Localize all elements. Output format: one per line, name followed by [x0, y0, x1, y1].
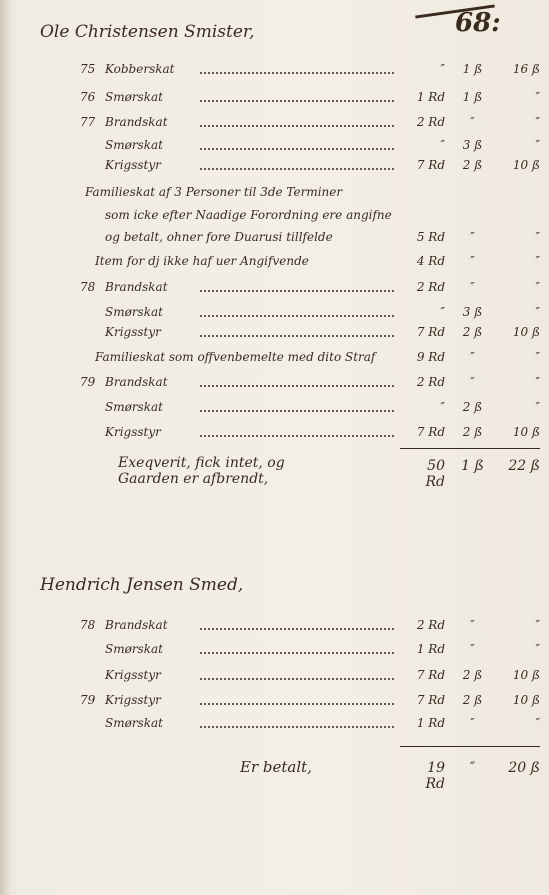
total-mark: ″ — [455, 760, 490, 776]
total-skilling: 22 ß — [500, 458, 540, 474]
row-label: Familieskat af 3 Personer til 3de Termin… — [85, 185, 342, 199]
row-label: Smørskat — [105, 400, 163, 414]
skilling: ″ — [500, 305, 540, 319]
ledger-row: Smørskat1 Rd″″ — [0, 716, 549, 736]
row-label: Brandskat — [105, 115, 168, 129]
row-label: og betalt, ohner fore Duarusi tillfelde — [105, 230, 333, 244]
ledger-row: Smørskat1 Rd″″ — [0, 642, 549, 662]
skilling: 10 ß — [500, 158, 540, 172]
skilling: ″ — [500, 90, 540, 104]
rigsdaler: 7 Rd — [405, 158, 445, 172]
mark: 3 ß — [455, 305, 490, 319]
leader-dots — [200, 290, 394, 292]
rigsdaler: 9 Rd — [405, 350, 445, 364]
leader-dots — [200, 125, 394, 127]
rigsdaler: 2 Rd — [405, 115, 445, 129]
ledger-row: Smørskat″3 ß″ — [0, 138, 549, 158]
sum-rule — [400, 746, 540, 747]
ledger-row: Smørskat″3 ß″ — [0, 305, 549, 325]
rigsdaler: 1 Rd — [405, 90, 445, 104]
ledger-row: Familieskat af 3 Personer til 3de Termin… — [0, 185, 549, 205]
ledger-row: 76Smørskat1 Rd1 ß″ — [0, 90, 549, 110]
mark: ″ — [455, 280, 490, 294]
row-label: Familieskat som offvenbemelte med dito S… — [95, 350, 375, 364]
ledger-row: Familieskat som offvenbemelte med dito S… — [0, 350, 549, 370]
ledger-row: 79Krigsstyr7 Rd2 ß10 ß — [0, 693, 549, 713]
section-1-header: Ole Christensen Smister, — [40, 22, 255, 42]
mark: 2 ß — [455, 425, 490, 439]
total-rigsdaler: 19 Rd — [405, 760, 445, 792]
mark: 2 ß — [455, 668, 490, 682]
rigsdaler: 4 Rd — [405, 254, 445, 268]
mark: 1 ß — [455, 62, 490, 76]
ledger-row: 77Brandskat2 Rd″″ — [0, 115, 549, 135]
row-label: Krigsstyr — [105, 325, 161, 339]
rigsdaler: ″ — [405, 305, 445, 319]
mark: ″ — [455, 230, 490, 244]
rigsdaler: ″ — [405, 62, 445, 76]
rigsdaler: 1 Rd — [405, 642, 445, 656]
rigsdaler: 2 Rd — [405, 375, 445, 389]
mark: 2 ß — [455, 325, 490, 339]
rigsdaler: ″ — [405, 400, 445, 414]
mark: 3 ß — [455, 138, 490, 152]
mark: ″ — [455, 375, 490, 389]
total-mark: 1 ß — [455, 458, 490, 474]
section-2-header: Hendrich Jensen Smed, — [40, 575, 243, 595]
ledger-row: Krigsstyr7 Rd2 ß10 ß — [0, 425, 549, 445]
skilling: ″ — [500, 254, 540, 268]
row-label: Smørskat — [105, 90, 163, 104]
leader-dots — [200, 335, 394, 337]
skilling: 10 ß — [500, 325, 540, 339]
row-label: Krigsstyr — [105, 693, 161, 707]
row-label: Kobberskat — [105, 62, 174, 76]
row-number: 75 — [80, 62, 95, 76]
sum-rule — [400, 448, 540, 449]
leader-dots — [200, 628, 394, 630]
ledger-row: 78Brandskat2 Rd″″ — [0, 280, 549, 300]
skilling: 10 ß — [500, 425, 540, 439]
ledger-row: og betalt, ohner fore Duarusi tillfelde5… — [0, 230, 549, 250]
leader-dots — [200, 652, 394, 654]
mark: 2 ß — [455, 400, 490, 414]
row-number: 78 — [80, 280, 95, 294]
ledger-row: som icke efter Naadige Forordning ere an… — [0, 208, 549, 228]
row-label: Krigsstyr — [105, 668, 161, 682]
leader-dots — [200, 726, 394, 728]
leader-dots — [200, 315, 394, 317]
row-label: Smørskat — [105, 642, 163, 656]
mark: ″ — [455, 254, 490, 268]
leader-dots — [200, 703, 394, 705]
skilling: ″ — [500, 115, 540, 129]
rigsdaler: 2 Rd — [405, 280, 445, 294]
mark: ″ — [455, 115, 490, 129]
mark: ″ — [455, 642, 490, 656]
row-number: 79 — [80, 375, 95, 389]
row-label: Brandskat — [105, 280, 168, 294]
rigsdaler: 7 Rd — [405, 425, 445, 439]
rigsdaler: 7 Rd — [405, 668, 445, 682]
row-label: Smørskat — [105, 716, 163, 730]
page-number: 68: — [455, 8, 501, 38]
mark: 2 ß — [455, 693, 490, 707]
leader-dots — [200, 148, 394, 150]
rigsdaler: 7 Rd — [405, 693, 445, 707]
leader-dots — [200, 410, 394, 412]
row-label: Smørskat — [105, 138, 163, 152]
mark: 1 ß — [455, 90, 490, 104]
mark: ″ — [455, 350, 490, 364]
leader-dots — [200, 100, 394, 102]
row-number: 78 — [80, 618, 95, 632]
row-number: 76 — [80, 90, 95, 104]
rigsdaler: 1 Rd — [405, 716, 445, 730]
section-1-total: 50 Rd1 ß22 ß — [0, 458, 549, 478]
ledger-row: Item for dj ikke haf uer Angifvende4 Rd″… — [0, 254, 549, 274]
skilling: ″ — [500, 138, 540, 152]
skilling: 10 ß — [500, 693, 540, 707]
total-skilling: 20 ß — [500, 760, 540, 776]
row-label: Smørskat — [105, 305, 163, 319]
rigsdaler: 5 Rd — [405, 230, 445, 244]
ledger-row: 79Brandskat2 Rd″″ — [0, 375, 549, 395]
skilling: ″ — [500, 350, 540, 364]
skilling: ″ — [500, 280, 540, 294]
ledger-row: Krigsstyr7 Rd2 ß10 ß — [0, 325, 549, 345]
ledger-row: 75Kobberskat″1 ß16 ß — [0, 62, 549, 82]
rigsdaler: ″ — [405, 138, 445, 152]
row-label: Item for dj ikke haf uer Angifvende — [95, 254, 309, 268]
skilling: ″ — [500, 375, 540, 389]
skilling: ″ — [500, 230, 540, 244]
total-rigsdaler: 50 Rd — [405, 458, 445, 490]
skilling: ″ — [500, 618, 540, 632]
leader-dots — [200, 385, 394, 387]
skilling: 10 ß — [500, 668, 540, 682]
section-2-total: 19 Rd″20 ß — [0, 760, 549, 780]
row-label: som icke efter Naadige Forordning ere an… — [105, 208, 392, 222]
row-label: Brandskat — [105, 618, 168, 632]
row-label: Krigsstyr — [105, 425, 161, 439]
leader-dots — [200, 678, 394, 680]
row-label: Brandskat — [105, 375, 168, 389]
row-number: 77 — [80, 115, 95, 129]
rigsdaler: 7 Rd — [405, 325, 445, 339]
leader-dots — [200, 168, 394, 170]
row-number: 79 — [80, 693, 95, 707]
mark: ″ — [455, 618, 490, 632]
skilling: ″ — [500, 642, 540, 656]
ledger-row: Krigsstyr7 Rd2 ß10 ß — [0, 158, 549, 178]
skilling: ″ — [500, 716, 540, 730]
ledger-row: Krigsstyr7 Rd2 ß10 ß — [0, 668, 549, 688]
leader-dots — [200, 435, 394, 437]
ledger-row: 78Brandskat2 Rd″″ — [0, 618, 549, 638]
mark: ″ — [455, 716, 490, 730]
ledger-page: 68: Ole Christensen Smister, 75Kobberska… — [0, 0, 549, 895]
ledger-row: Smørskat″2 ß″ — [0, 400, 549, 420]
rigsdaler: 2 Rd — [405, 618, 445, 632]
mark: 2 ß — [455, 158, 490, 172]
skilling: ″ — [500, 400, 540, 414]
row-label: Krigsstyr — [105, 158, 161, 172]
leader-dots — [200, 72, 394, 74]
skilling: 16 ß — [500, 62, 540, 76]
